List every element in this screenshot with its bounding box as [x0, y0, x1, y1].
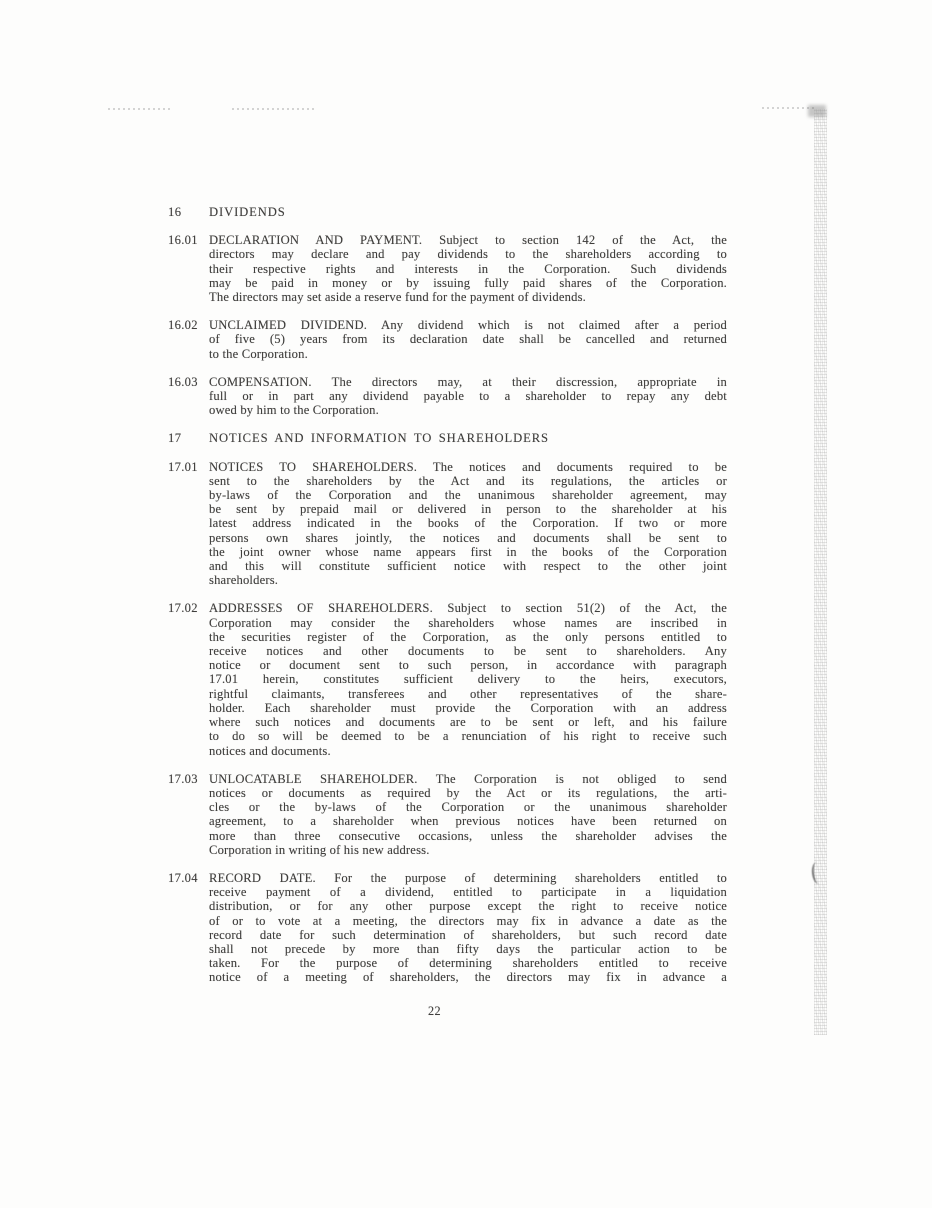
clause-line: notice or document sent to such person, …	[209, 658, 727, 672]
clause-number: 16.03	[168, 375, 198, 390]
clause-body: DECLARATION AND PAYMENT. Subject to sect…	[209, 233, 727, 304]
scan-dash-artifact	[762, 107, 814, 109]
clause-number: 16.01	[168, 233, 198, 248]
clause-line: to do so will be deemed to be a renuncia…	[209, 729, 727, 743]
scan-edge-artifact	[814, 109, 827, 1035]
clause-body: RECORD DATE. For the purpose of determin…	[209, 871, 727, 985]
clause-line: more than three consecutive occasions, u…	[209, 829, 727, 843]
clause-line: NOTICES TO SHAREHOLDERS. The notices and…	[209, 460, 727, 474]
clause-line: sent to the shareholders by the Act and …	[209, 474, 727, 488]
clause-line: DECLARATION AND PAYMENT. Subject to sect…	[209, 233, 727, 247]
clause: 17.03UNLOCATABLE SHAREHOLDER. The Corpor…	[168, 772, 727, 857]
clause-line: UNLOCATABLE SHAREHOLDER. The Corporation…	[209, 772, 727, 786]
section-number: 16	[168, 205, 182, 219]
clause: 16.03COMPENSATION. The directors may, at…	[168, 375, 727, 418]
scan-dash-artifact	[108, 108, 170, 110]
clause: 17.01NOTICES TO SHAREHOLDERS. The notice…	[168, 460, 727, 588]
clause-number: 17.04	[168, 871, 198, 886]
clause-body: COMPENSATION. The directors may, at thei…	[209, 375, 727, 418]
clause-line: notices and documents.	[209, 744, 727, 758]
clause-line: distribution, or for any other purpose e…	[209, 899, 727, 913]
clause: 16.01DECLARATION AND PAYMENT. Subject to…	[168, 233, 727, 304]
clause: 17.04RECORD DATE. For the purpose of det…	[168, 871, 727, 985]
clause-line: by-laws of the Corporation and the unani…	[209, 488, 727, 502]
clause-body: UNCLAIMED DIVIDEND. Any dividend which i…	[209, 318, 727, 361]
clause-body: UNLOCATABLE SHAREHOLDER. The Corporation…	[209, 772, 727, 857]
section-heading: 16DIVIDENDS	[168, 205, 727, 219]
document-body: 16DIVIDENDS16.01DECLARATION AND PAYMENT.…	[168, 205, 727, 999]
clause-line: directors may declare and pay dividends …	[209, 247, 727, 261]
clause-line: be sent by prepaid mail or delivered in …	[209, 502, 727, 516]
clause-line: Corporation may consider the shareholder…	[209, 616, 727, 630]
clause-line: record date for such determination of sh…	[209, 928, 727, 942]
clause-line: their respective rights and interests in…	[209, 262, 727, 276]
clause-number: 17.02	[168, 601, 198, 616]
section-title: DIVIDENDS	[209, 205, 727, 219]
scan-dash-artifact	[232, 108, 316, 110]
clause-number: 17.01	[168, 460, 198, 475]
clause-line: Corporation in writing of his new addres…	[209, 843, 727, 857]
clause-line: to the Corporation.	[209, 347, 727, 361]
clause-line: RECORD DATE. For the purpose of determin…	[209, 871, 727, 885]
clause-line: notice of a meeting of shareholders, the…	[209, 970, 727, 984]
clause-line: cles or the by-laws of the Corporation o…	[209, 800, 727, 814]
clause-line: of or to vote at a meeting, the director…	[209, 914, 727, 928]
clause-line: full or in part any dividend payable to …	[209, 389, 727, 403]
scanned-page: 16DIVIDENDS16.01DECLARATION AND PAYMENT.…	[0, 0, 932, 1208]
clause-line: latest address indicated in the books of…	[209, 516, 727, 530]
section-title: NOTICES AND INFORMATION TO SHAREHOLDERS	[209, 431, 727, 445]
clause-number: 16.02	[168, 318, 198, 333]
clause-line: rightful claimants, transferees and othe…	[209, 687, 727, 701]
clause-body: NOTICES TO SHAREHOLDERS. The notices and…	[209, 460, 727, 588]
clause-line: holder. Each shareholder must provide th…	[209, 701, 727, 715]
clause-line: 17.01 herein, constitutes sufficient del…	[209, 672, 727, 686]
clause-line: UNCLAIMED DIVIDEND. Any dividend which i…	[209, 318, 727, 332]
scan-mark-artifact	[811, 861, 824, 884]
clause-line: notices or documents as required by the …	[209, 786, 727, 800]
clause-body: ADDRESSES OF SHAREHOLDERS. Subject to se…	[209, 601, 727, 757]
clause-line: COMPENSATION. The directors may, at thei…	[209, 375, 727, 389]
clause-line: ADDRESSES OF SHAREHOLDERS. Subject to se…	[209, 601, 727, 615]
page-number: 22	[428, 1004, 441, 1019]
section-number: 17	[168, 431, 182, 445]
clause-line: taken. For the purpose of determining sh…	[209, 956, 727, 970]
clause-line: receive payment of a dividend, entitled …	[209, 885, 727, 899]
clause-line: may be paid in money or by issuing fully…	[209, 276, 727, 290]
clause-line: and this will constitute sufficient noti…	[209, 559, 727, 573]
clause: 16.02UNCLAIMED DIVIDEND. Any dividend wh…	[168, 318, 727, 361]
clause-line: agreement, to a shareholder when previou…	[209, 814, 727, 828]
document-section: 16DIVIDENDS16.01DECLARATION AND PAYMENT.…	[168, 205, 727, 417]
clause-line: shareholders.	[209, 573, 727, 587]
clause-line: of five (5) years from its declaration d…	[209, 332, 727, 346]
clause-number: 17.03	[168, 772, 198, 787]
clause-line: owed by him to the Corporation.	[209, 403, 727, 417]
clause: 17.02ADDRESSES OF SHAREHOLDERS. Subject …	[168, 601, 727, 757]
clause-line: shall not precede by more than fifty day…	[209, 942, 727, 956]
clause-line: The directors may set aside a reserve fu…	[209, 290, 727, 304]
clause-line: where such notices and documents are to …	[209, 715, 727, 729]
clause-line: receive notices and other documents to b…	[209, 644, 727, 658]
clause-line: the joint owner whose name appears first…	[209, 545, 727, 559]
clause-line: the securities register of the Corporati…	[209, 630, 727, 644]
clause-line: persons own shares jointly, the notices …	[209, 531, 727, 545]
section-heading: 17NOTICES AND INFORMATION TO SHAREHOLDER…	[168, 431, 727, 445]
document-section: 17NOTICES AND INFORMATION TO SHAREHOLDER…	[168, 431, 727, 984]
